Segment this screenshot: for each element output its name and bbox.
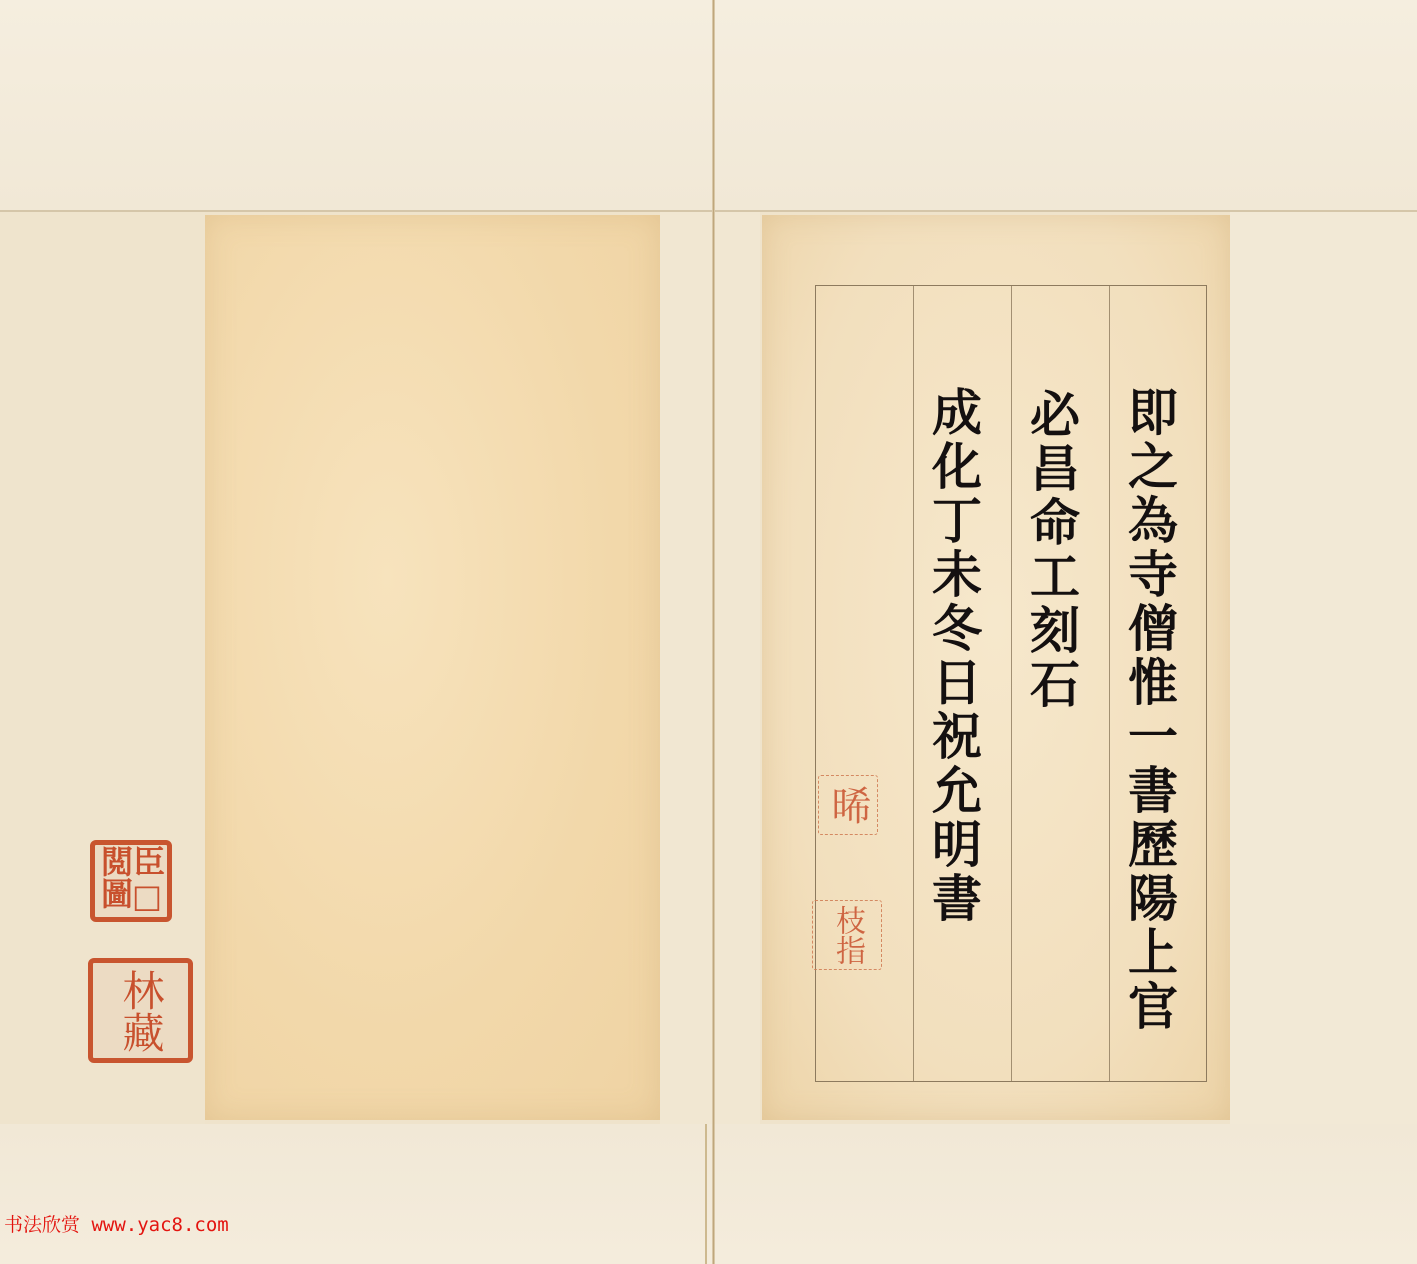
center-gutter <box>660 212 760 1124</box>
collector-seal-lower: 林藏 <box>88 958 193 1063</box>
watermark-label: 书法欣赏 <box>4 1214 80 1236</box>
column-rule <box>913 286 914 1081</box>
column-rule <box>1011 286 1012 1081</box>
right-mount-margin <box>1230 212 1417 1124</box>
calligraphy-column-2: 必昌命工刻石 <box>1026 388 1076 712</box>
artist-seal-lower: 枝指 <box>812 900 882 970</box>
calligraphy-column-1: 即之為寺僧惟一書歷陽上官 <box>1124 386 1174 1034</box>
collector-seal-upper: 臣□閲圖 <box>90 840 172 922</box>
site-watermark: 书法欣赏 www.yac8.com <box>4 1210 229 1237</box>
artist-seal-upper: 晞 <box>818 775 878 835</box>
watermark-url: www.yac8.com <box>91 1214 228 1236</box>
calligraphy-column-3: 成化丁未冬日祝允明書 <box>928 386 978 926</box>
album-fold-line <box>712 0 715 1264</box>
lower-mount-band <box>0 1124 1417 1264</box>
album-fold-shadow <box>705 1124 707 1264</box>
column-rule <box>1109 286 1110 1081</box>
blank-album-leaf <box>205 215 660 1120</box>
upper-mount-band <box>0 0 1417 212</box>
